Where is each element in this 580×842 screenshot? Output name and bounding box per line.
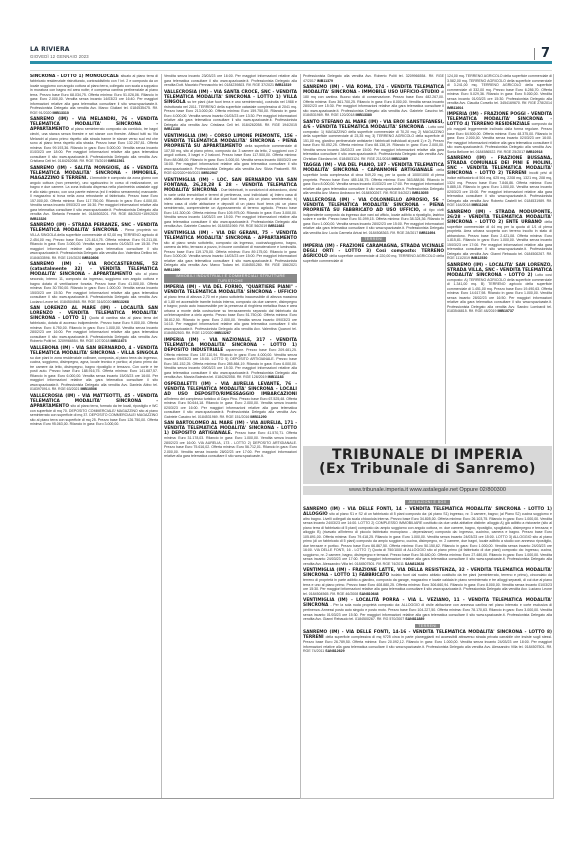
notice-reference-code: IMB10737 <box>497 309 513 313</box>
notice-reference-code: SAN811889 <box>405 617 424 621</box>
notice-reference-code: IMB10918 <box>526 150 542 154</box>
auction-notice: SANREMO (IM) - VIA ROMA, 174 - VENDITA T… <box>303 85 444 118</box>
notice-body: al piano seminterrato composto da corrid… <box>30 127 158 163</box>
notice-body: L'immobile è composto da zona giorno con… <box>30 176 158 217</box>
notice-reference-code: IMB13326 <box>30 217 46 221</box>
notice-body: 124,00 mq. TERRENO AGRICOLO della superf… <box>447 74 552 105</box>
notice-reference-code: IMB12469 <box>391 157 407 161</box>
auction-notice: IMPERIA (IM) - FRAZIONE CARAMAGNA, STRAD… <box>303 244 444 264</box>
notice-reference-code: SAN812628 <box>405 562 424 566</box>
auction-notice: Vendita senza incanto 23/03/23 ore 16:00… <box>164 74 297 88</box>
section-label: ABITAZIONI E BOX <box>405 500 449 505</box>
notice-body: della superficie commerciale di 107,50 m… <box>164 144 297 176</box>
notice-body: su due piani in zona residenziale collin… <box>30 356 158 392</box>
section-label: TERRENI <box>361 237 386 242</box>
section-label: IMMOBILI INDUSTRIALI E COMMERCIALI STRUT… <box>164 274 297 283</box>
notice-reference-code: IMB11290 <box>250 415 266 419</box>
notice-heading: OSPEDALETTI (IM) - VIA AURELIA LEVANTE, … <box>164 382 297 397</box>
auction-notice: 124,00 mq. TERRENO AGRICOLO della superf… <box>447 74 552 110</box>
bottom-rule <box>300 798 554 799</box>
column-3: Professionista Delegato alla vendita Avv… <box>303 74 444 444</box>
tribunale-links: www.tribunale.imperia.it www.astalegale.… <box>303 486 552 495</box>
auction-notice: SANREMO (IM) - LOCALITA' SAN LORENZO, ST… <box>447 263 552 314</box>
notice-reference-code: IMB11183 <box>268 375 284 379</box>
notice-reference-code: IMB11604 <box>447 106 463 110</box>
auction-notice: VENTIMIGLIA (IM) - LOCALITÀ PORRA - VIA … <box>303 598 552 622</box>
notice-reference-code: IMB13055 <box>412 191 428 195</box>
notice-reference-code: IMB12890 <box>164 268 180 272</box>
notice-reference-code: IMB11248 <box>471 203 487 207</box>
notice-heading: VENTIMIGLIA (IM) - VIA DEI GERANI, 75 - … <box>164 231 297 241</box>
auction-notice: SAN BARTOLOMEO AL MARE (IM) - VIA AURELI… <box>164 421 297 459</box>
notice-heading: SANTO STEFANO AL MARE (IM) - VIA EROI SA… <box>303 120 444 130</box>
auction-notice: VENTIMIGLIA (IM) - FRAZIONE LATTE, VIA D… <box>303 568 552 596</box>
auction-notice: SANREMO (IM) - VIA ROCCASTERONE, 52 (cat… <box>30 262 158 304</box>
auction-notice: SANREMO (IM) - STRADA MODUPONTE, 26/28 -… <box>447 210 552 261</box>
notice-reference-code: IMB13319 <box>275 83 291 87</box>
auction-notice: SINCRONA - LOTTO 1) MONOLOCALE situato a… <box>30 74 158 115</box>
auction-notice: SANREMO (IM) - VIA MELANDRI, 76 - VENDIT… <box>30 117 158 164</box>
column-divider <box>300 74 301 799</box>
auction-notice: VALLECROSIA (IM) - VIA COLONNELLO APROSI… <box>303 198 444 236</box>
notice-reference-code: IMB11673 <box>110 339 126 343</box>
auction-notice: VENTIMIGLIA (IM) - VIA DEI GERANI, 75 - … <box>164 231 297 273</box>
notice-reference-code: IMB11561 <box>108 159 124 163</box>
auction-notice: IMPERIA (IM) - VIA NAZIONALE, 317 - VEND… <box>164 338 297 380</box>
page-right-border <box>553 74 554 799</box>
page-number: 7 <box>534 48 550 60</box>
notice-heading: VALLEBONA (IM) - VIA SAN BERNARDO, 4 - V… <box>30 346 158 356</box>
column-4: 124,00 mq. TERRENO AGRICOLO della superf… <box>447 74 552 444</box>
notice-reference-code: IMB13267 <box>214 331 230 335</box>
notice-reference-code: SAN812629 <box>325 649 344 653</box>
page-header: LA RIVIERA GIOVEDÌ 12 GENNAIO 2023 7 <box>30 46 552 68</box>
notice-body: sito al piano S1 e S2 di un fabbricato d… <box>303 512 552 566</box>
issue-date: GIOVEDÌ 12 GENNAIO 2023 <box>30 54 552 59</box>
notice-body: su tre piani (due fuori terra e uno semi… <box>164 100 297 127</box>
notice-heading: SANREMO (IM) - STRADA MODUPONTE, 26/28 -… <box>447 210 552 225</box>
auction-notice: OSPEDALETTI (IM) - VIA AURELIA LEVANTE, … <box>164 382 297 420</box>
auction-notice: VALLECROSIA (IM) - VIA MATTEOTTI, 45 - V… <box>30 394 158 427</box>
auction-notice: SANTO STEFANO AL MARE (IM) - VIA EROI SA… <box>303 120 444 162</box>
notice-reference-code: IMB13310 <box>52 111 68 115</box>
notice-heading: SANREMO (IM) - VIA ROMA, 174 - VENDITA T… <box>303 85 444 95</box>
auction-notice: SANREMO (IM) - VIA DELLE FONTI, 14-16 - … <box>303 630 552 654</box>
auction-notice: VENTIMIGLIA (IM) - LOC. SAN BERNARDO VIA… <box>164 178 297 229</box>
auction-notice: SANREMO (IM) - FRAZIONE BUSSANA, STRADA … <box>447 156 552 208</box>
notice-reference-code: IMB11188 <box>164 127 180 131</box>
notice-reference-code: IMB12530 <box>471 256 487 260</box>
header-accent-rule <box>30 61 552 64</box>
notice-body: situato al piano terra di fabbricato res… <box>30 74 158 115</box>
bottom-rule-left <box>30 798 300 799</box>
auction-notice: SANREMO (IM) - SALITA MONGIOIE, 46 - VEN… <box>30 166 158 222</box>
column-2: Vendita senza incanto 23/03/23 ore 16:00… <box>164 74 297 799</box>
auction-notice: SAN LORENZO AL MARE (IM) - LOCALITÀ SAN … <box>30 306 158 344</box>
notice-body: sito al piano sesto sottotetto, composto… <box>164 241 297 268</box>
column-divider <box>445 74 446 444</box>
auction-notice: VALLEBONA (IM) - VIA SAN BERNARDO, 4 - V… <box>30 346 158 392</box>
notice-reference-code: IMB10506 <box>80 387 96 391</box>
auction-notice: SANREMO (IM) - VIA DELLE FONTI, 14 - VEN… <box>303 507 552 567</box>
auction-notice: IMPERIA (IM) - VIA DEL FORNO, "QUARTIERE… <box>164 285 297 336</box>
notice-body: - Per la sola nuda proprietà composto da… <box>303 603 552 621</box>
auction-notice: IMPERIA (IM) - FRAZIONE POGGI - VENDITA … <box>447 112 552 154</box>
tribunale-title: TRIBUNALE DI IMPERIA <box>303 446 552 462</box>
notice-body: al piano terra di altezza 2,70 mt e pian… <box>164 295 297 335</box>
notice-body: Quota di cantina sita al piano terra del… <box>30 316 158 343</box>
tribunale-subtitle: (Ex Tribunale di Sanremo) <box>303 462 552 476</box>
masthead: LA RIVIERA <box>30 46 552 53</box>
auction-notice: VENTIMIGLIA (IM) - CORSO LIMONE PIEMONTE… <box>164 134 297 176</box>
notice-heading: IMPERIA (IM) - VIA DEL FORNO, "QUARTIERE… <box>164 285 297 295</box>
section-label: TERRENI <box>415 624 440 629</box>
notice-heading: TAGGIA (IM) - VIA DEL PIANO, 187 - VENDI… <box>303 163 444 173</box>
auction-notice: SANREMO (IM) - STRADA PEIRANZE, SNC - VE… <box>30 223 158 260</box>
notice-body: Lotto così composto: A) TERRENO AGRICOLO… <box>447 273 552 314</box>
notice-reference-code: IMB13380 <box>355 113 371 117</box>
tribunale-banner: TRIBUNALE DI IMPERIA (Ex Tribunale di Sa… <box>303 446 552 484</box>
auction-notice: VALLECROSIA (IM) - VIA SANTA CROCE, SNC … <box>164 90 297 132</box>
notice-reference-code: IMB11694 <box>419 231 435 235</box>
notice-reference-code: IMB13268 <box>112 300 128 304</box>
notice-reference-code: SAN810648 <box>359 592 378 596</box>
notice-reference-code: IMB10806 <box>82 256 98 260</box>
auction-notice: TAGGIA (IM) - VIA DEL PIANO, 187 - VENDI… <box>303 163 444 196</box>
wide-column: ABITAZIONI E BOXSANREMO (IM) - VIA DELLE… <box>303 498 552 798</box>
notice-reference-code: IMB11683 <box>268 224 284 228</box>
column-1: SINCRONA - LOTTO 1) MONOLOCALE situato a… <box>30 74 158 799</box>
notice-reference-code: IMB11379 <box>317 79 333 83</box>
notice-body: sito al piano secondo, interno 11, compo… <box>30 272 158 304</box>
column-divider <box>161 74 162 799</box>
header-divider <box>30 70 552 71</box>
notice-body: Prezzo base Euro 41.570,71. Offerta mini… <box>164 431 297 458</box>
auction-notice: Professionista Delegato alla vendita Avv… <box>303 74 444 83</box>
notice-body: di 180 mq con cantina. Buono stato di co… <box>303 90 444 117</box>
notice-body: della superficie commerciale di 44 mq pe… <box>447 220 552 261</box>
notice-body: - Lotto così composto: 1) MAGAZZINO dell… <box>303 125 444 161</box>
notice-body: incolti privi di indice edificatorio di … <box>447 171 552 207</box>
notice-body: - Due fabbricati, in condizioni di abban… <box>164 188 297 229</box>
notice-reference-code: IMB12947 <box>201 171 217 175</box>
notice-body: all'interno del complesso turistico di C… <box>164 397 297 419</box>
